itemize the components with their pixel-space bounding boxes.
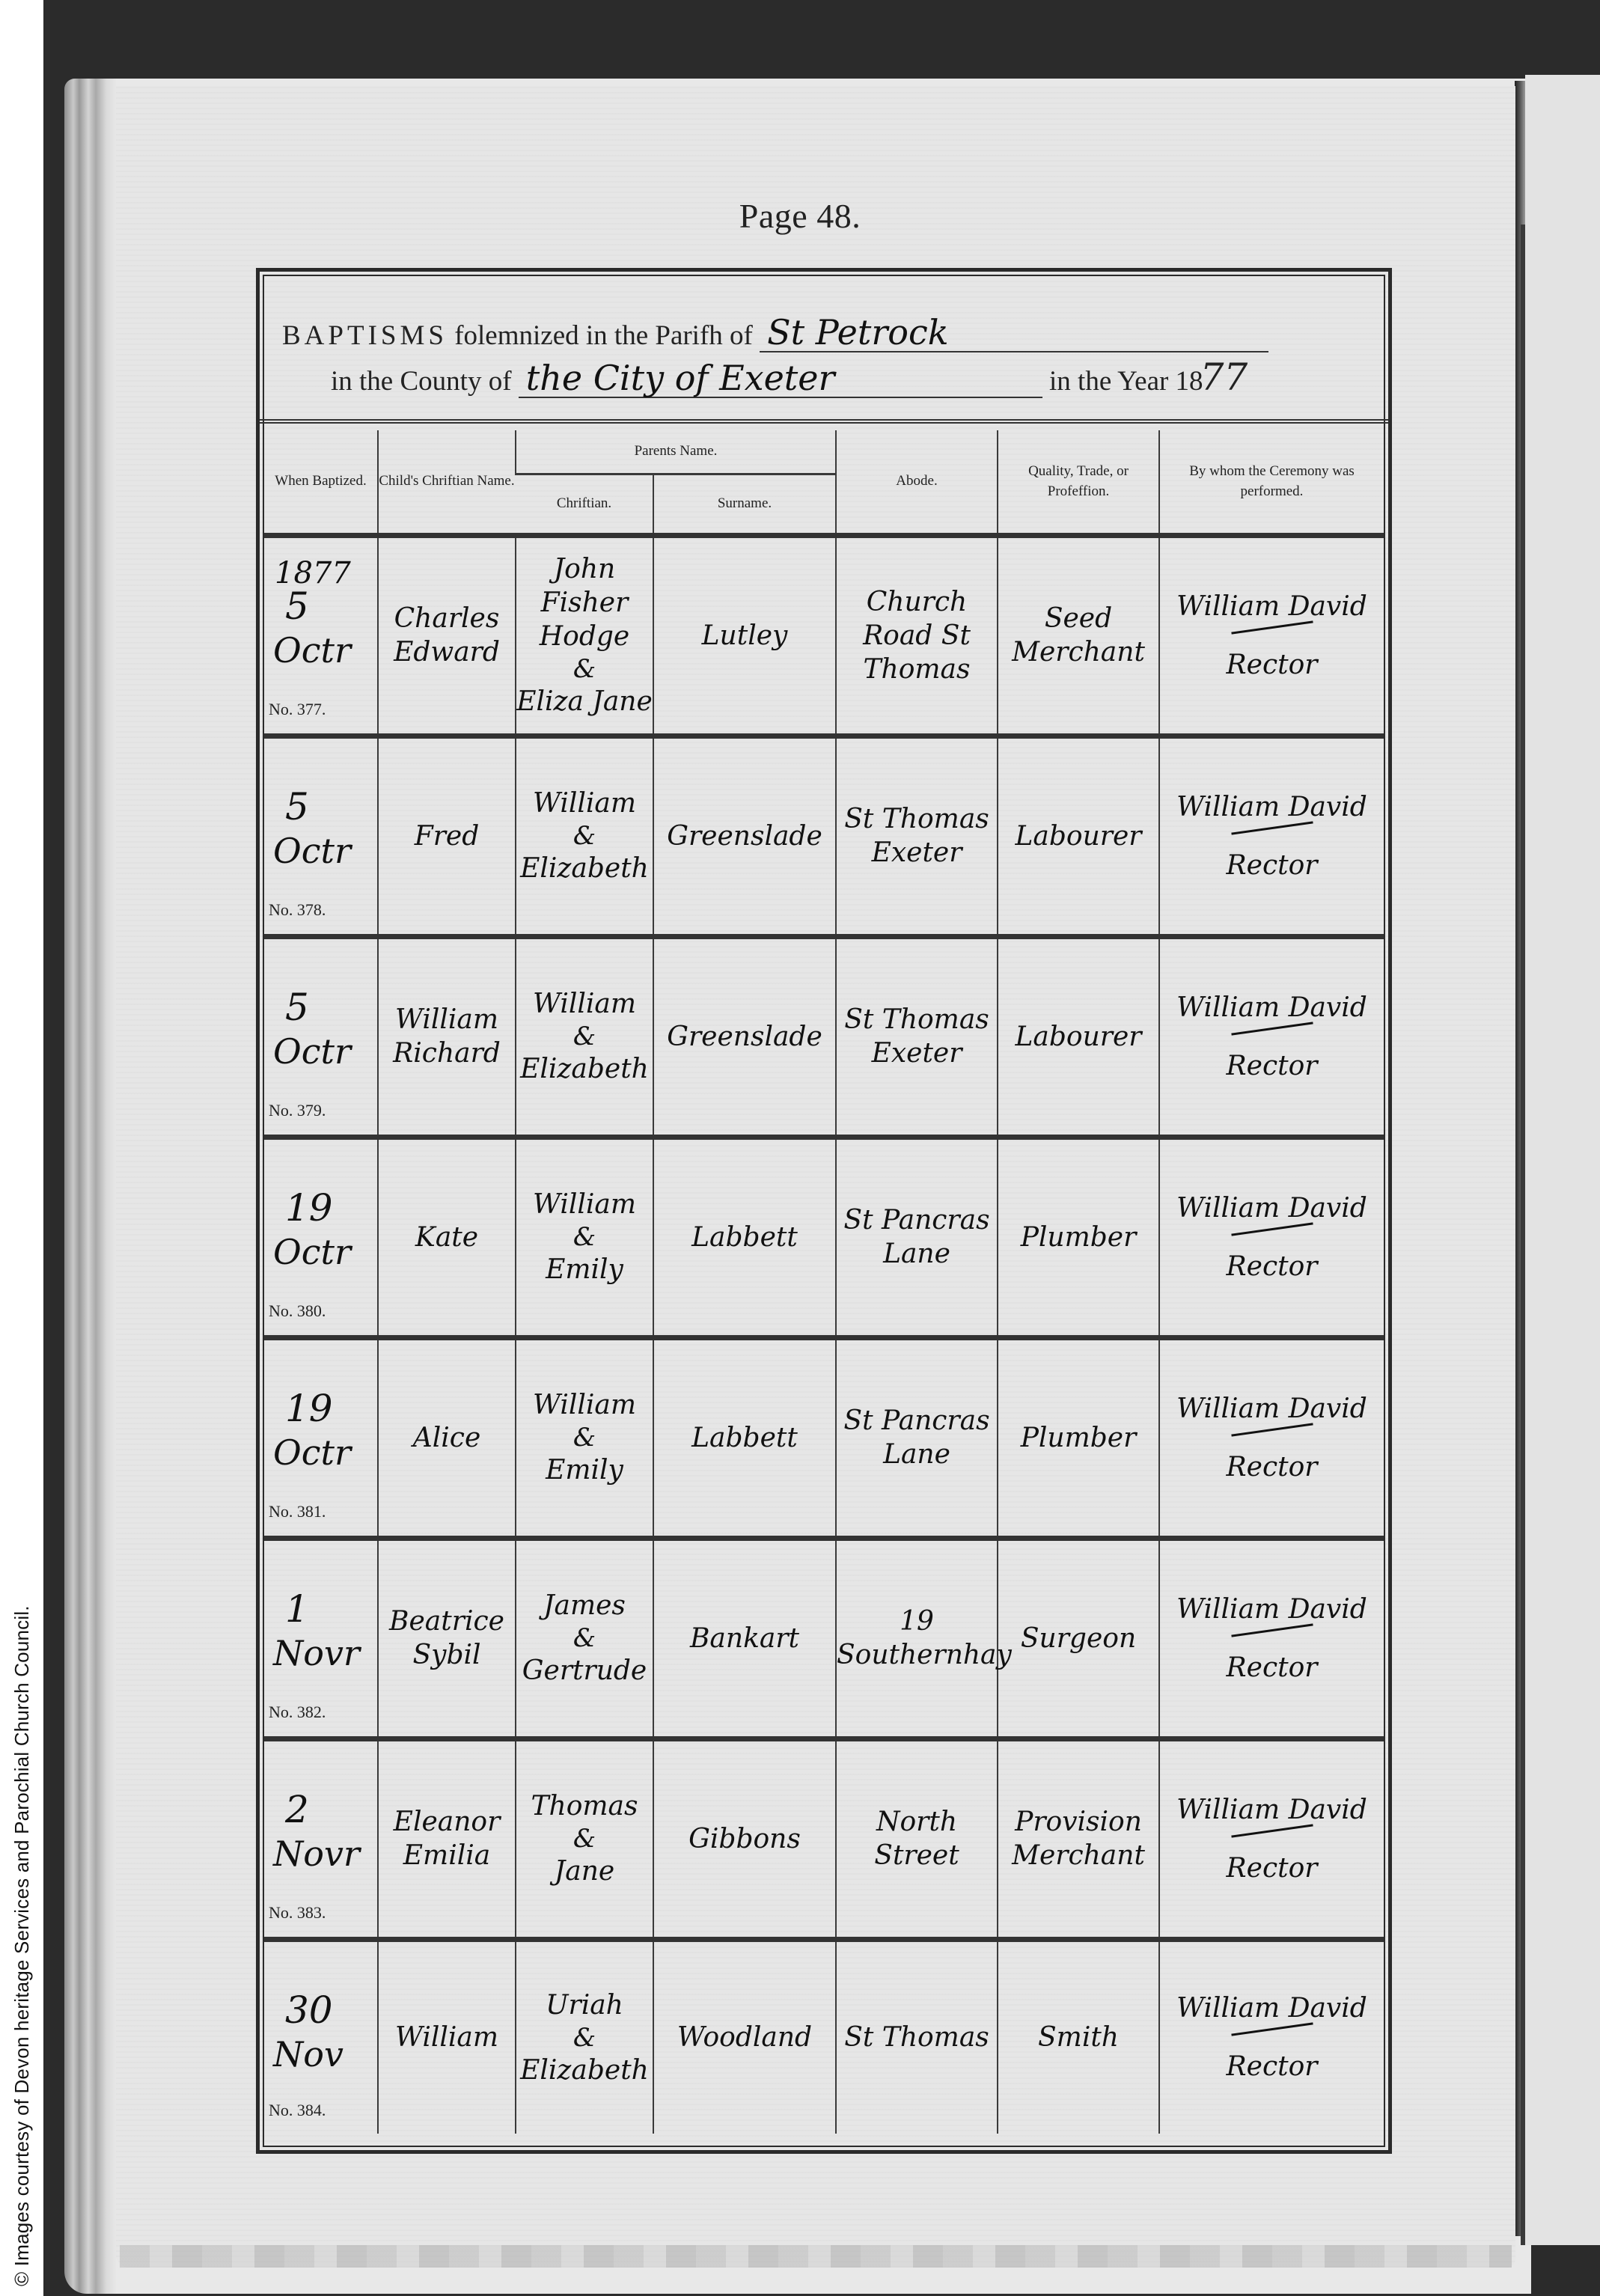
when-baptized-cell: 19 Octr No. 380.	[264, 1137, 378, 1337]
baptism-entries: 1877 5 Octr No. 377. Charles Edward John…	[264, 535, 1384, 2134]
ampersand: &	[516, 1622, 653, 1655]
trade-cell: Provision Merchant	[998, 1738, 1159, 1939]
officiant-signature: William David	[1160, 1991, 1384, 2025]
officiant-signature: William David	[1160, 1392, 1384, 1426]
header-officiant: By whom the Ceremony was performed.	[1159, 430, 1384, 535]
officiant-signature: William David	[1160, 1793, 1384, 1827]
trade-cell: Plumber	[998, 1137, 1159, 1337]
abode-cell: Church Road St Thomas	[836, 535, 998, 736]
abode-cell: St Pancras Lane	[836, 1337, 998, 1538]
entry-month: Octr	[273, 1031, 351, 1074]
officiant-cell: William David Rector	[1159, 535, 1384, 736]
parents-christian-cell: William & Emily	[516, 1337, 653, 1538]
header-when-baptized: When Baptized.	[264, 430, 378, 535]
trade-cell: Labourer	[998, 736, 1159, 936]
officiant-title: Rector	[1160, 648, 1384, 682]
trade-cell: Surgeon	[998, 1538, 1159, 1738]
father-name: Thomas	[516, 1789, 653, 1823]
header-parents-christian: Chriftian.	[516, 474, 653, 535]
register-heading: BAPTISMS folemnized in the Parifh of St …	[260, 272, 1388, 424]
header-trade: Quality, Trade, or Profeffion.	[998, 430, 1159, 535]
surname-cell: Woodland	[653, 1939, 836, 2134]
entry-month: Octr	[273, 1432, 351, 1475]
parents-christian-cell: Thomas & Jane	[516, 1738, 653, 1939]
officiant-cell: William David Rector	[1159, 1939, 1384, 2134]
heading-year-label: in the Year 18	[1049, 366, 1203, 397]
header-abode: Abode.	[836, 430, 998, 535]
facing-page-edge	[1525, 75, 1600, 2245]
child-name-cell: Beatrice Sybil	[378, 1538, 516, 1738]
officiant-title: Rector	[1160, 1049, 1384, 1083]
ampersand: &	[516, 1422, 653, 1454]
surname-cell: Gibbons	[653, 1738, 836, 1939]
ampersand: &	[516, 1021, 653, 1053]
officiant-title: Rector	[1160, 2050, 1384, 2083]
officiant-signature: William David	[1160, 991, 1384, 1025]
trade-cell: Seed Merchant	[998, 535, 1159, 736]
worn-page-edge	[120, 2245, 1512, 2268]
baptism-table: When Baptized. Child's Chriftian Name. P…	[264, 430, 1384, 2134]
trade-cell: Labourer	[998, 936, 1159, 1137]
header-parents-surname: Surname.	[653, 474, 836, 535]
trade-cell: Plumber	[998, 1337, 1159, 1538]
abode-cell: St Thomas Exeter	[836, 736, 998, 936]
entry-month: Novr	[273, 1833, 360, 1876]
parents-christian-cell: William & Elizabeth	[516, 936, 653, 1137]
table-row: 30 Nov No. 384. William Uriah & Elizabet…	[264, 1939, 1384, 2134]
entry-day: 19	[285, 1185, 333, 1232]
heading-line-parish: BAPTISMS folemnized in the Parifh of St …	[282, 315, 1268, 352]
parents-christian-cell: Uriah & Elizabeth	[516, 1939, 653, 2134]
entry-day: 19	[285, 1385, 333, 1432]
child-name-cell: William Richard	[378, 936, 516, 1137]
entry-number: No. 380.	[269, 1301, 326, 1322]
table-row: 5 Octr No. 378. Fred William & Elizabeth…	[264, 736, 1384, 936]
officiant-title: Rector	[1160, 1450, 1384, 1484]
child-name-cell: William	[378, 1939, 516, 2134]
table-row: 19 Octr No. 381. Alice William & Emily L…	[264, 1337, 1384, 1538]
parents-christian-cell: William & Elizabeth	[516, 736, 653, 936]
surname-cell: Greenslade	[653, 736, 836, 936]
officiant-signature: William David	[1160, 1593, 1384, 1626]
officiant-signature: William David	[1160, 790, 1384, 824]
entry-number: No. 383.	[269, 1902, 326, 1923]
entry-day: 5	[285, 984, 309, 1031]
father-name: Uriah	[516, 1988, 653, 2022]
child-name-cell: Eleanor Emilia	[378, 1738, 516, 1939]
entry-day: 1	[285, 1586, 309, 1633]
entry-number: No. 377.	[269, 699, 326, 720]
child-name-cell: Alice	[378, 1337, 516, 1538]
officiant-title: Rector	[1160, 1250, 1384, 1283]
entry-month: Nov	[273, 2033, 343, 2077]
abode-cell: St Thomas	[836, 1939, 998, 2134]
table-row: 5 Octr No. 379. William Richard William …	[264, 936, 1384, 1137]
entry-month: Octr	[273, 1231, 351, 1274]
table-row: 19 Octr No. 380. Kate William & Emily La…	[264, 1137, 1384, 1337]
mother-name: Elizabeth	[516, 2054, 653, 2087]
trade-cell: Smith	[998, 1939, 1159, 2134]
officiant-title: Rector	[1160, 1851, 1384, 1885]
when-baptized-cell: 1877 5 Octr No. 377.	[264, 535, 378, 736]
officiant-cell: William David Rector	[1159, 1538, 1384, 1738]
entry-month: Octr	[273, 830, 351, 873]
abode-cell: St Thomas Exeter	[836, 936, 998, 1137]
mother-name: Gertrude	[516, 1654, 653, 1688]
credit-strip: © Images courtesy of Devon heritage Serv…	[0, 0, 43, 2296]
father-name: William	[516, 787, 653, 820]
copyright-credit: © Images courtesy of Devon heritage Serv…	[10, 1605, 34, 2286]
entry-number: No. 379.	[269, 1100, 326, 1121]
when-baptized-cell: 5 Octr No. 378.	[264, 736, 378, 936]
father-name: James	[516, 1589, 653, 1622]
entry-number: No. 382.	[269, 1702, 326, 1723]
facing-page-rule	[1521, 225, 1525, 2245]
officiant-title: Rector	[1160, 1651, 1384, 1685]
officiant-cell: William David Rector	[1159, 736, 1384, 936]
page-number: Page 48.	[0, 196, 1600, 236]
when-baptized-cell: 30 Nov No. 384.	[264, 1939, 378, 2134]
heading-line-county: in the County of the City of Exeter in t…	[331, 355, 1248, 399]
abode-cell: North Street	[836, 1738, 998, 1939]
heading-parish-label: folemnized in the Parifh of	[454, 320, 753, 351]
officiant-signature: William David	[1160, 1191, 1384, 1225]
officiant-cell: William David Rector	[1159, 1337, 1384, 1538]
abode-cell: St Pancras Lane	[836, 1137, 998, 1337]
entry-month: Octr	[273, 629, 351, 673]
surname-cell: Lutley	[653, 535, 836, 736]
officiant-cell: William David Rector	[1159, 1137, 1384, 1337]
mother-name: Elizabeth	[516, 1052, 653, 1086]
when-baptized-cell: 2 Novr No. 383.	[264, 1738, 378, 1939]
mother-name: Elizabeth	[516, 852, 653, 885]
entry-day: 5	[285, 784, 309, 831]
heading-county-label: in the County of	[331, 366, 512, 397]
when-baptized-cell: 19 Octr No. 381.	[264, 1337, 378, 1538]
surname-cell: Labbett	[653, 1337, 836, 1538]
table-row: 1877 5 Octr No. 377. Charles Edward John…	[264, 535, 1384, 736]
father-name: William	[516, 1188, 653, 1221]
table-row: 1 Novr No. 382. Beatrice Sybil James & G…	[264, 1538, 1384, 1738]
ampersand: &	[516, 653, 653, 686]
when-baptized-cell: 5 Octr No. 379.	[264, 936, 378, 1137]
child-name-cell: Fred	[378, 736, 516, 936]
surname-cell: Bankart	[653, 1538, 836, 1738]
officiant-cell: William David Rector	[1159, 1738, 1384, 1939]
mother-name: Eliza Jane	[516, 685, 653, 718]
officiant-cell: William David Rector	[1159, 936, 1384, 1137]
parish-value: St Petrock	[760, 315, 1268, 352]
surname-cell: Labbett	[653, 1137, 836, 1337]
officiant-title: Rector	[1160, 849, 1384, 882]
entry-number: No. 378.	[269, 900, 326, 920]
abode-cell: 19 Southernhay	[836, 1538, 998, 1738]
when-baptized-cell: 1 Novr No. 382.	[264, 1538, 378, 1738]
mother-name: Emily	[516, 1453, 653, 1487]
child-name-cell: Kate	[378, 1137, 516, 1337]
parents-christian-cell: James & Gertrude	[516, 1538, 653, 1738]
entry-number: No. 384.	[269, 2100, 326, 2121]
officiant-signature: William David	[1160, 590, 1384, 623]
father-name: John Fisher Hodge	[516, 552, 653, 653]
table-row: 2 Novr No. 383. Eleanor Emilia Thomas & …	[264, 1738, 1384, 1939]
ampersand: &	[516, 1221, 653, 1254]
father-name: William	[516, 987, 653, 1021]
entry-day: 5	[285, 583, 309, 630]
entry-day: 30	[285, 1987, 333, 2034]
baptism-register: BAPTISMS folemnized in the Parifh of St …	[256, 268, 1392, 2154]
entry-month: Novr	[273, 1632, 360, 1676]
child-name-cell: Charles Edward	[378, 535, 516, 736]
surname-cell: Greenslade	[653, 936, 836, 1137]
county-value: the City of Exeter	[519, 361, 1042, 398]
father-name: William	[516, 1388, 653, 1422]
year-value: 77	[1200, 355, 1248, 399]
ampersand: &	[516, 820, 653, 852]
entry-day: 2	[285, 1786, 309, 1834]
header-parents-name: Parents Name.	[516, 430, 836, 474]
heading-title: BAPTISMS	[282, 320, 448, 351]
parents-christian-cell: John Fisher Hodge & Eliza Jane	[516, 535, 653, 736]
mother-name: Jane	[516, 1854, 653, 1888]
ampersand: &	[516, 2022, 653, 2054]
ampersand: &	[516, 1823, 653, 1855]
entry-number: No. 381.	[269, 1501, 326, 1522]
parents-christian-cell: William & Emily	[516, 1137, 653, 1337]
mother-name: Emily	[516, 1253, 653, 1286]
header-child-name: Child's Chriftian Name.	[378, 430, 516, 535]
